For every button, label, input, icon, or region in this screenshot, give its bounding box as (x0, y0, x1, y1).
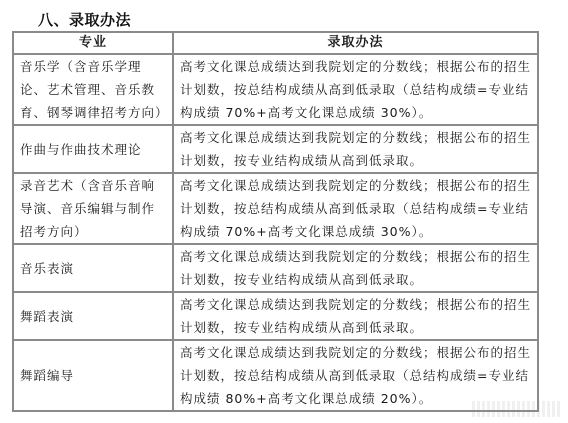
major-cell: 音乐学（含音乐学理论、艺术管理、音乐教育、钢琴调律招考方向） (13, 54, 173, 125)
table-row: 舞蹈表演 高考文化课总成绩达到我院划定的分数线；根据公布的招生计划数，按专业结构… (13, 292, 538, 340)
header-admission-method: 录取办法 (173, 32, 538, 54)
method-cell: 高考文化课总成绩达到我院划定的分数线；根据公布的招生计划数，按总结构成绩从高到低… (173, 54, 538, 125)
table-row: 音乐表演 高考文化课总成绩达到我院划定的分数线；根据公布的招生计划数，按专业结构… (13, 244, 538, 292)
table-row: 音乐学（含音乐学理论、艺术管理、音乐教育、钢琴调律招考方向） 高考文化课总成绩达… (13, 54, 538, 125)
method-cell: 高考文化课总成绩达到我院划定的分数线；根据公布的招生计划数，按专业结构成绩从高到… (173, 244, 538, 292)
section-title: 八、录取办法 (38, 9, 131, 30)
major-cell: 舞蹈编导 (13, 340, 173, 411)
header-major: 专业 (13, 32, 173, 54)
table-row: 录音艺术（含音乐音响导演、音乐编辑与制作招考方向） 高考文化课总成绩达到我院划定… (13, 173, 538, 244)
table-row: 作曲与作曲技术理论 高考文化课总成绩达到我院划定的分数线；根据公布的招生计划数，… (13, 125, 538, 173)
admission-methods-table: 专业 录取办法 音乐学（含音乐学理论、艺术管理、音乐教育、钢琴调律招考方向） 高… (12, 31, 539, 412)
major-cell: 音乐表演 (13, 244, 173, 292)
watermark (472, 401, 562, 417)
table-header-row: 专业 录取办法 (13, 32, 538, 54)
table-row: 舞蹈编导 高考文化课总成绩达到我院划定的分数线；根据公布的招生计划数，按总结构成… (13, 340, 538, 411)
major-cell: 舞蹈表演 (13, 292, 173, 340)
major-cell: 作曲与作曲技术理论 (13, 125, 173, 173)
method-cell: 高考文化课总成绩达到我院划定的分数线；根据公布的招生计划数，按专业结构成绩从高到… (173, 292, 538, 340)
method-cell: 高考文化课总成绩达到我院划定的分数线；根据公布的招生计划数，按总结构成绩从高到低… (173, 173, 538, 244)
method-cell: 高考文化课总成绩达到我院划定的分数线；根据公布的招生计划数，按专业结构成绩从高到… (173, 125, 538, 173)
major-cell: 录音艺术（含音乐音响导演、音乐编辑与制作招考方向） (13, 173, 173, 244)
